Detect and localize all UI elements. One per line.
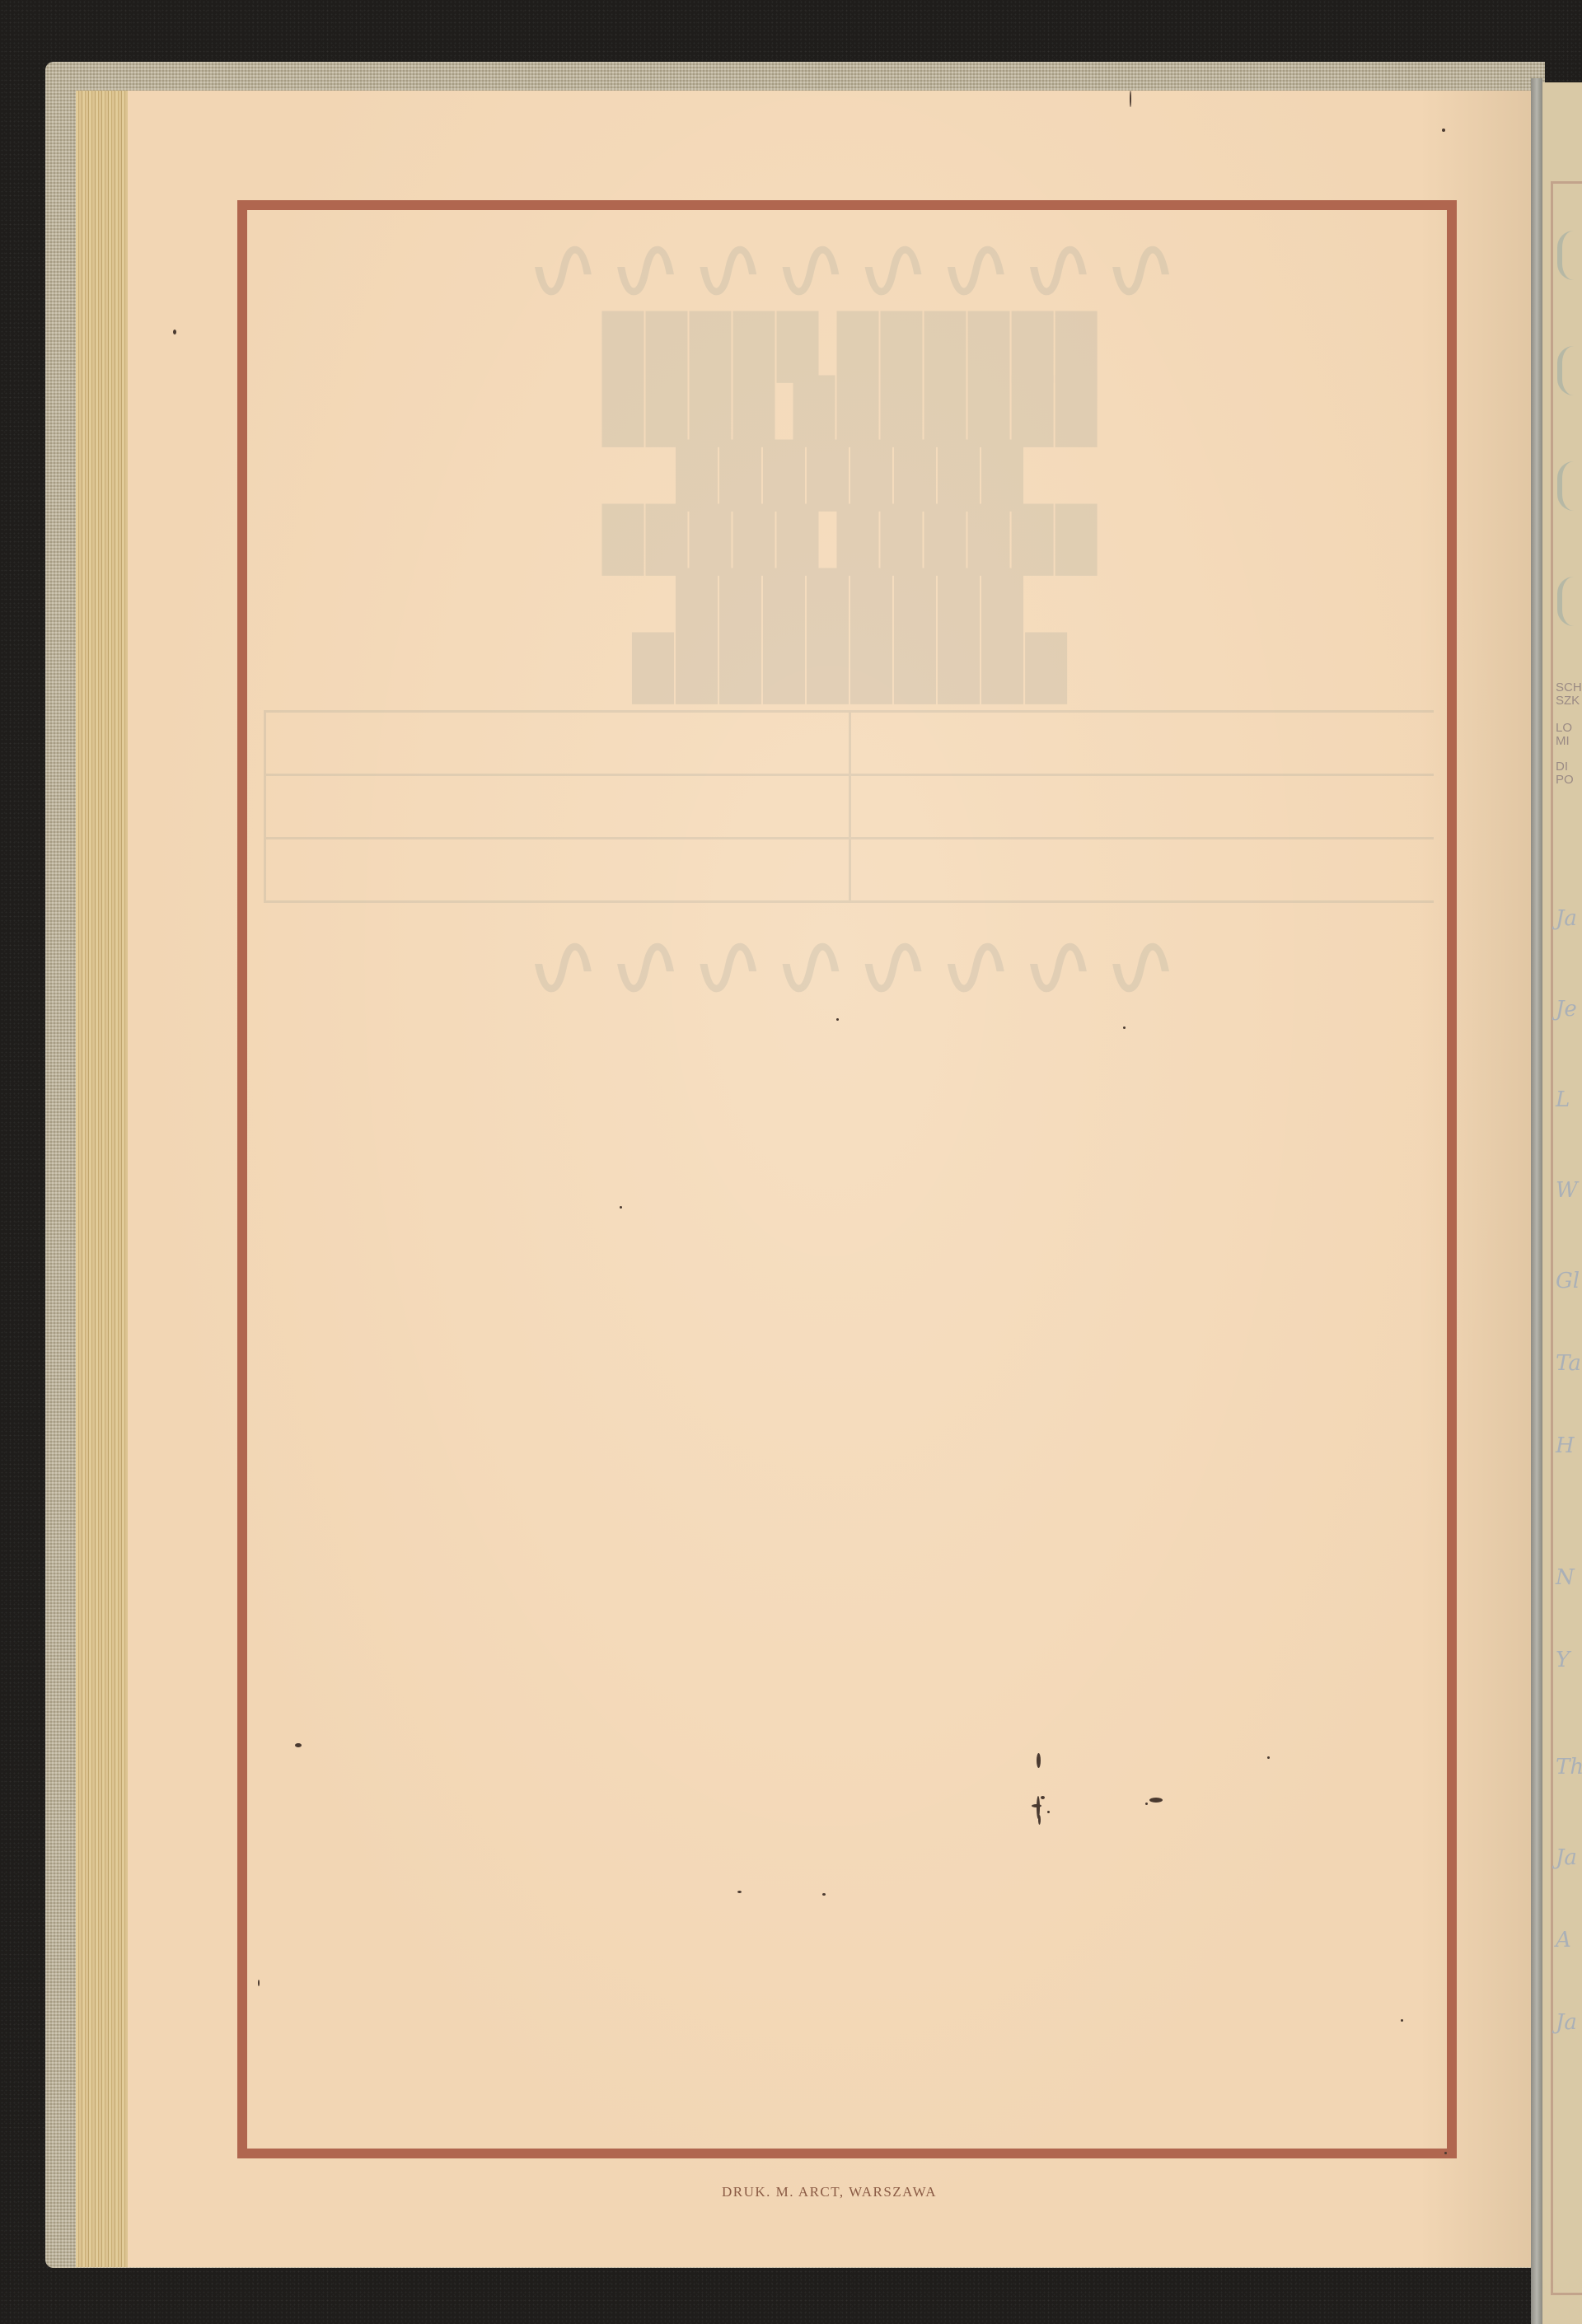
facing-signature: Tha: [1556, 1755, 1582, 1779]
book-gutter-binding: [1531, 78, 1542, 2324]
facing-ornament: [1557, 346, 1580, 395]
facing-page-sliver: SCH SZK LO MI DI PO Ja Je L W Gl Ta H N …: [1542, 82, 1582, 2324]
printer-imprint: DRUK. M. ARCT, WARSZAWA: [128, 2184, 1531, 2200]
facing-fragment: LO MI: [1556, 722, 1572, 748]
facing-signature: L: [1556, 1087, 1570, 1112]
facing-signature: Je: [1556, 997, 1577, 1022]
book-page: ∿∿∿∿∿∿∿∿ ██████ █████ ███████ ████ █████…: [128, 91, 1531, 2267]
facing-fragment: SCH SZK: [1556, 681, 1582, 708]
facing-signature: N: [1556, 1565, 1575, 1590]
facing-signature: Gl: [1556, 1269, 1580, 1293]
facing-signature: Ja: [1556, 906, 1577, 931]
facing-signature: Ta: [1556, 1351, 1581, 1376]
facing-signature: H: [1556, 1433, 1575, 1458]
page-edges: [76, 91, 130, 2267]
facing-signature: Ja: [1556, 2010, 1577, 2035]
facing-ornament: [1557, 231, 1580, 280]
facing-signature: W: [1556, 1178, 1578, 1203]
decorative-border-frame: [237, 200, 1457, 2158]
facing-signature: Y: [1556, 1648, 1570, 1672]
facing-ornament: [1557, 461, 1580, 511]
facing-fragment: DI PO: [1556, 760, 1574, 787]
facing-signature: A: [1556, 1928, 1571, 1952]
facing-signature: Ja: [1556, 1845, 1577, 1870]
facing-ornament: [1557, 577, 1580, 626]
